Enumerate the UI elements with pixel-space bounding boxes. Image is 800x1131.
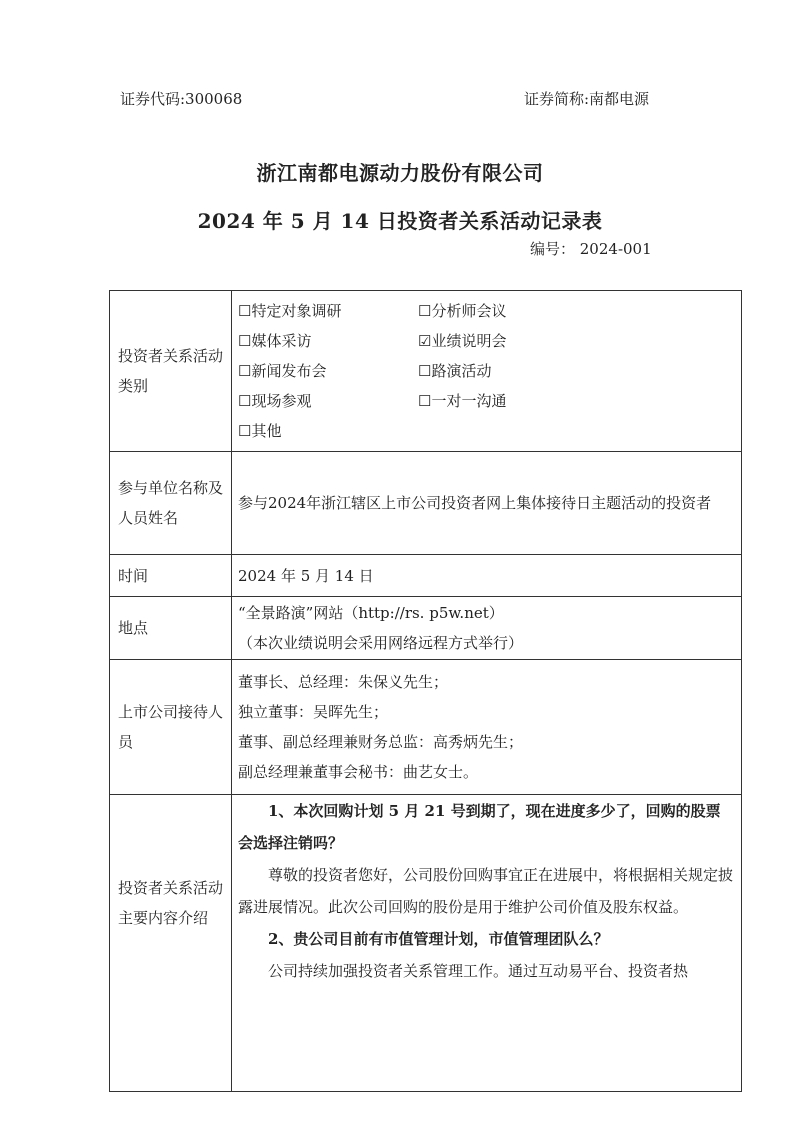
company-title: 浙江南都电源动力股份有限公司 [0, 157, 800, 186]
staff-label: 上市公司接待人员 [110, 660, 232, 795]
option-site-visit: ☐现场参观 [238, 386, 418, 416]
checkbox-icon: ☐ [238, 332, 251, 350]
question-2: 2、贵公司目前有市值管理计划，市值管理团队么？ [238, 923, 735, 955]
question-1: 1、本次回购计划 5 月 21 号到期了，现在进度多少了，回购的股票会选择注销吗… [238, 795, 735, 859]
answer-1: 尊敬的投资者您好，公司股份回购事宜正在进展中，将根据相关规定披露进展情况。此次公… [238, 859, 735, 923]
stock-code: 证券代码:300068 [120, 88, 242, 109]
place-line-1: “全景路演”网站（http://rs. p5w.net） [238, 598, 735, 628]
record-title: 2024 年 5 月 14 日投资者关系活动记录表 [0, 205, 800, 234]
option-press-conference: ☐新闻发布会 [238, 356, 418, 386]
staff-line: 董事长、总经理：朱保义先生； [238, 667, 735, 697]
table-row-activity-type: 投资者关系活动类别 ☐特定对象调研☐分析师会议 ☐媒体采访☑业绩说明会 ☐新闻发… [110, 291, 742, 452]
staff-line: 副总经理兼董事会秘书：曲艺女士。 [238, 757, 735, 787]
checkbox-icon: ☐ [418, 362, 431, 380]
ir-activity-table: 投资者关系活动类别 ☐特定对象调研☐分析师会议 ☐媒体采访☑业绩说明会 ☐新闻发… [109, 290, 742, 1092]
table-row-place: 地点 “全景路演”网站（http://rs. p5w.net） （本次业绩说明会… [110, 597, 742, 660]
checkbox-icon: ☐ [238, 362, 251, 380]
checkbox-icon: ☐ [238, 302, 251, 320]
table-row-participants: 参与单位名称及人员姓名 参与2024年浙江辖区上市公司投资者网上集体接待日主题活… [110, 452, 742, 555]
checkbox-icon: ☐ [418, 392, 431, 410]
checkbox-icon: ☐ [418, 302, 431, 320]
time-value: 2024 年 5 月 14 日 [232, 555, 742, 597]
table-row-staff: 上市公司接待人员 董事长、总经理：朱保义先生； 独立董事：吴晖先生； 董事、副总… [110, 660, 742, 795]
staff-line: 董事、副总经理兼财务总监：高秀炳先生； [238, 727, 735, 757]
staff-line: 独立董事：吴晖先生； [238, 697, 735, 727]
option-media-interview: ☐媒体采访 [238, 326, 418, 356]
place-label: 地点 [110, 597, 232, 660]
option-earnings-briefing: ☑业绩说明会 [418, 326, 598, 356]
option-analyst-meeting: ☐分析师会议 [418, 296, 598, 326]
table-row-main-content: 投资者关系活动主要内容介绍 1、本次回购计划 5 月 21 号到期了，现在进度多… [110, 795, 742, 1092]
option-specific-research: ☐特定对象调研 [238, 296, 418, 326]
stock-name: 证券简称:南都电源 [524, 88, 649, 109]
answer-2: 公司持续加强投资者关系管理工作。通过互动易平台、投资者热 [238, 955, 735, 987]
table-row-time: 时间 2024 年 5 月 14 日 [110, 555, 742, 597]
main-content-label: 投资者关系活动主要内容介绍 [110, 795, 232, 1092]
time-label: 时间 [110, 555, 232, 597]
checkbox-icon: ☐ [238, 422, 251, 440]
checkbox-checked-icon: ☑ [418, 332, 431, 350]
place-line-2: （本次业绩说明会采用网络远程方式举行） [238, 628, 735, 658]
participants-label: 参与单位名称及人员姓名 [110, 452, 232, 555]
place-value: “全景路演”网站（http://rs. p5w.net） （本次业绩说明会采用网… [232, 597, 742, 660]
activity-type-label: 投资者关系活动类别 [110, 291, 232, 452]
option-one-on-one: ☐一对一沟通 [418, 386, 598, 416]
activity-type-options: ☐特定对象调研☐分析师会议 ☐媒体采访☑业绩说明会 ☐新闻发布会☐路演活动 ☐现… [232, 291, 742, 452]
main-content-value: 1、本次回购计划 5 月 21 号到期了，现在进度多少了，回购的股票会选择注销吗… [232, 795, 742, 1092]
doc-number: 编号： 2024-001 [530, 238, 652, 259]
option-roadshow: ☐路演活动 [418, 356, 598, 386]
option-other: ☐其他 [238, 416, 418, 446]
checkbox-icon: ☐ [238, 392, 251, 410]
participants-value: 参与2024年浙江辖区上市公司投资者网上集体接待日主题活动的投资者 [232, 452, 742, 555]
staff-value: 董事长、总经理：朱保义先生； 独立董事：吴晖先生； 董事、副总经理兼财务总监：高… [232, 660, 742, 795]
